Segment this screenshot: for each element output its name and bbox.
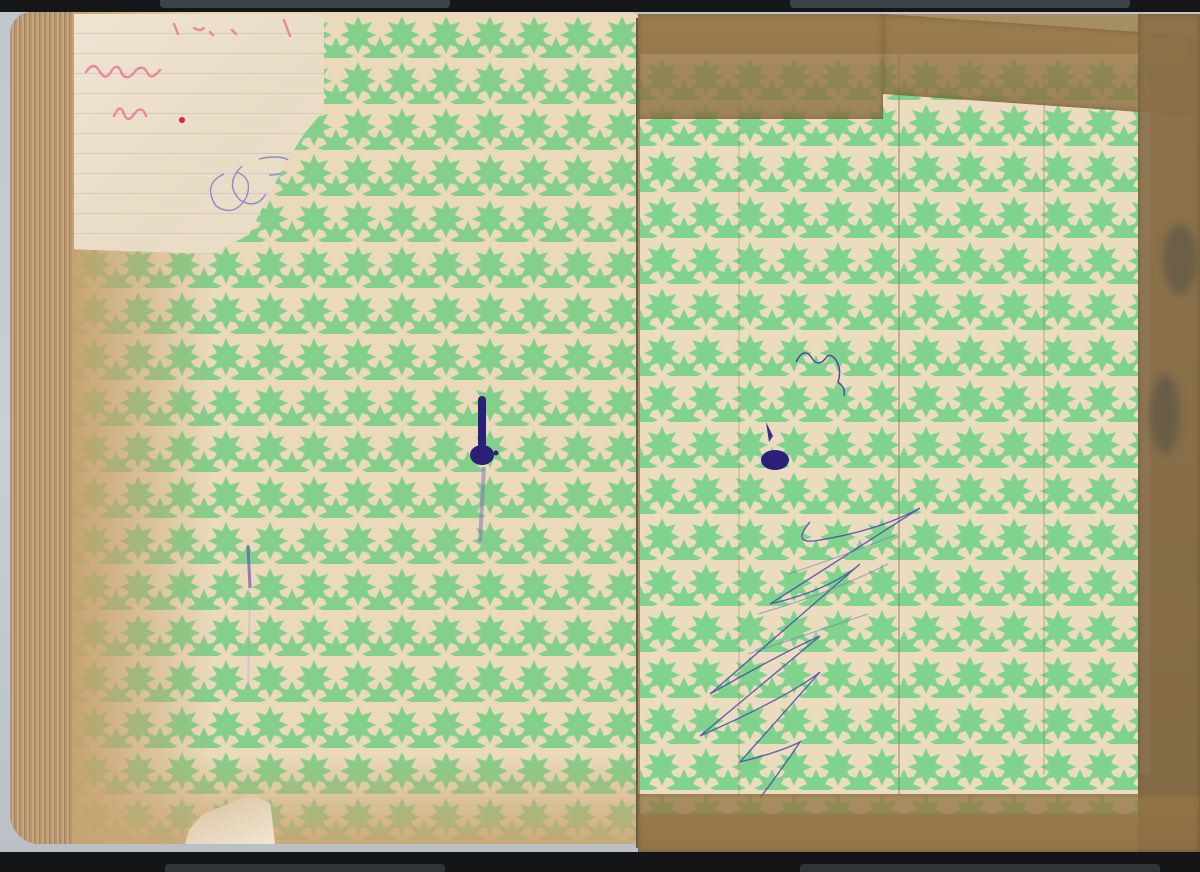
water-stain (1150, 374, 1180, 454)
scanner-clip (790, 0, 1130, 8)
scanner-clip (800, 864, 1160, 872)
right-page (638, 14, 1200, 852)
water-stain (1163, 224, 1197, 294)
scanner-top-frame (0, 0, 1200, 12)
tape-bottom (638, 794, 1200, 852)
scanner-clip (165, 864, 445, 872)
scanner-bottom-frame (0, 852, 1200, 872)
left-page-ink-marks (10, 12, 638, 844)
left-page (10, 12, 638, 844)
tape-top-left (638, 14, 883, 119)
scanner-clip (160, 0, 450, 8)
right-page-ink-marks (638, 14, 1200, 852)
